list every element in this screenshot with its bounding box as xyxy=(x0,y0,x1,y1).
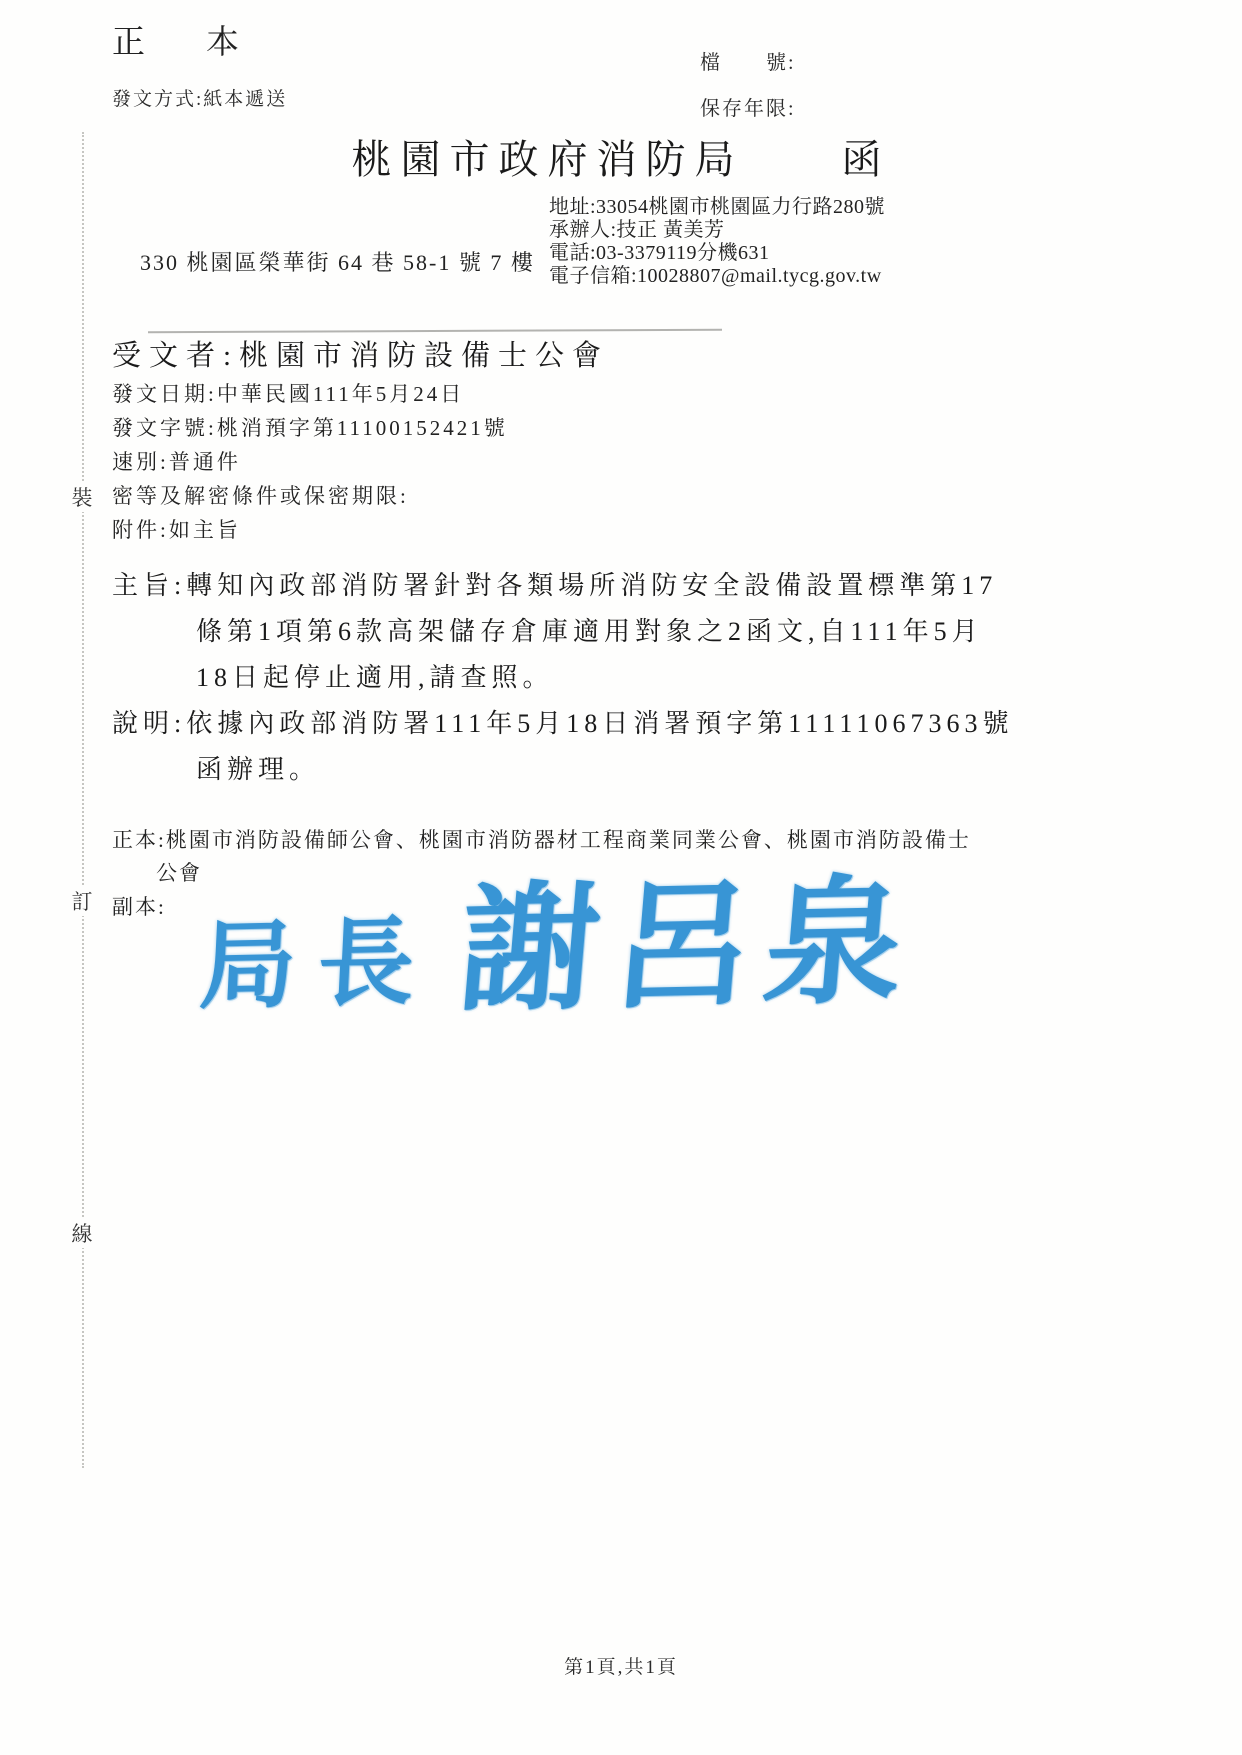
agency-address: 地址:33054桃園市桃園區力行路280號 xyxy=(549,196,885,219)
subject-label: 主旨: xyxy=(112,571,186,600)
binding-dotted-line xyxy=(82,132,84,1468)
agency-contact-person: 承辦人:技正 黃美芳 xyxy=(549,219,885,242)
agency-contact-block: 地址:33054桃園市桃園區力行路280號 承辦人:技正 黃美芳 電話:03-3… xyxy=(549,196,885,288)
original-copies-label: 正本: xyxy=(112,828,166,852)
cc-copies-label: 副本: xyxy=(112,891,1112,924)
document-metadata: 發文日期:中華民國111年5月24日 發文字號:桃消預字第11100152421… xyxy=(112,377,508,547)
subject-line: 條第1項第6款高架儲存倉庫適用對象之2函文,自111年5月 xyxy=(196,609,1122,655)
priority: 速別:普通件 xyxy=(112,445,508,479)
security-classification: 密等及解密條件或保密期限: xyxy=(112,479,508,513)
explanation-line: 說明:依據內政部消防署111年5月18日消署預字第11111067363號 xyxy=(112,701,1122,747)
explanation-section: 說明:依據內政部消防署111年5月18日消署預字第11111067363號 函辦… xyxy=(112,701,1122,793)
explanation-line: 函辦理。 xyxy=(196,747,1122,793)
explanation-text: 依據內政部消防署111年5月18日消署預字第11111067363號 xyxy=(186,709,1013,738)
file-number-label: 檔 號: xyxy=(700,46,796,75)
doc-number: 發文字號:桃消預字第11100152421號 xyxy=(112,411,508,445)
delivery-method: 發文方式:紙本遞送 xyxy=(112,84,287,111)
recipient-line: 受文者:桃園市消防設備士公會 xyxy=(112,333,609,374)
subject-text: 轉知內政部消防署針對各類場所消防安全設備設置標準第17 xyxy=(186,571,997,600)
distribution-section: 正本:桃園市消防設備師公會、桃園市消防器材工程商業同業公會、桃園市消防設備士 公… xyxy=(112,824,1112,924)
original-copies-line: 公會 xyxy=(156,857,1112,890)
subject-section: 主旨:轉知內政部消防署針對各類場所消防安全設備設置標準第17 條第1項第6款高架… xyxy=(112,563,1122,701)
binding-mark-ding: 訂 xyxy=(58,886,106,916)
file-retention-block: 檔 號: 保存年限: xyxy=(700,46,796,138)
issue-date: 發文日期:中華民國111年5月24日 xyxy=(112,377,508,411)
original-copies-text: 桃園市消防設備師公會、桃園市消防器材工程商業同業公會、桃園市消防設備士 xyxy=(166,828,971,852)
scanned-official-letter: 正 本 發文方式:紙本遞送 檔 號: 保存年限: 桃園市政府消防局 函 地址:3… xyxy=(0,0,1242,1755)
binding-mark-zhuang: 裝 xyxy=(58,482,106,512)
document-title: 桃園市政府消防局 函 xyxy=(0,128,1242,185)
agency-email: 電子信箱:10028807@mail.tycg.gov.tw xyxy=(549,265,885,288)
binding-mark-xian: 線 xyxy=(58,1218,106,1248)
page-number: 第1頁,共1頁 xyxy=(0,1652,1242,1679)
recipient-mailing-address: 330 桃園區榮華街 64 巷 58-1 號 7 樓 xyxy=(140,246,535,277)
original-copies-line: 正本:桃園市消防設備師公會、桃園市消防器材工程商業同業公會、桃園市消防設備士 xyxy=(112,824,1112,857)
retention-period-label: 保存年限: xyxy=(700,92,796,121)
attachment: 附件:如主旨 xyxy=(112,513,508,547)
explanation-label: 說明: xyxy=(112,709,186,738)
agency-phone: 電話:03-3379119分機631 xyxy=(549,242,885,265)
subject-line: 主旨:轉知內政部消防署針對各類場所消防安全設備設置標準第17 xyxy=(112,563,1122,609)
subject-line: 18日起停止適用,請查照。 xyxy=(196,655,1122,701)
copy-type-label: 正 本 xyxy=(112,16,253,63)
